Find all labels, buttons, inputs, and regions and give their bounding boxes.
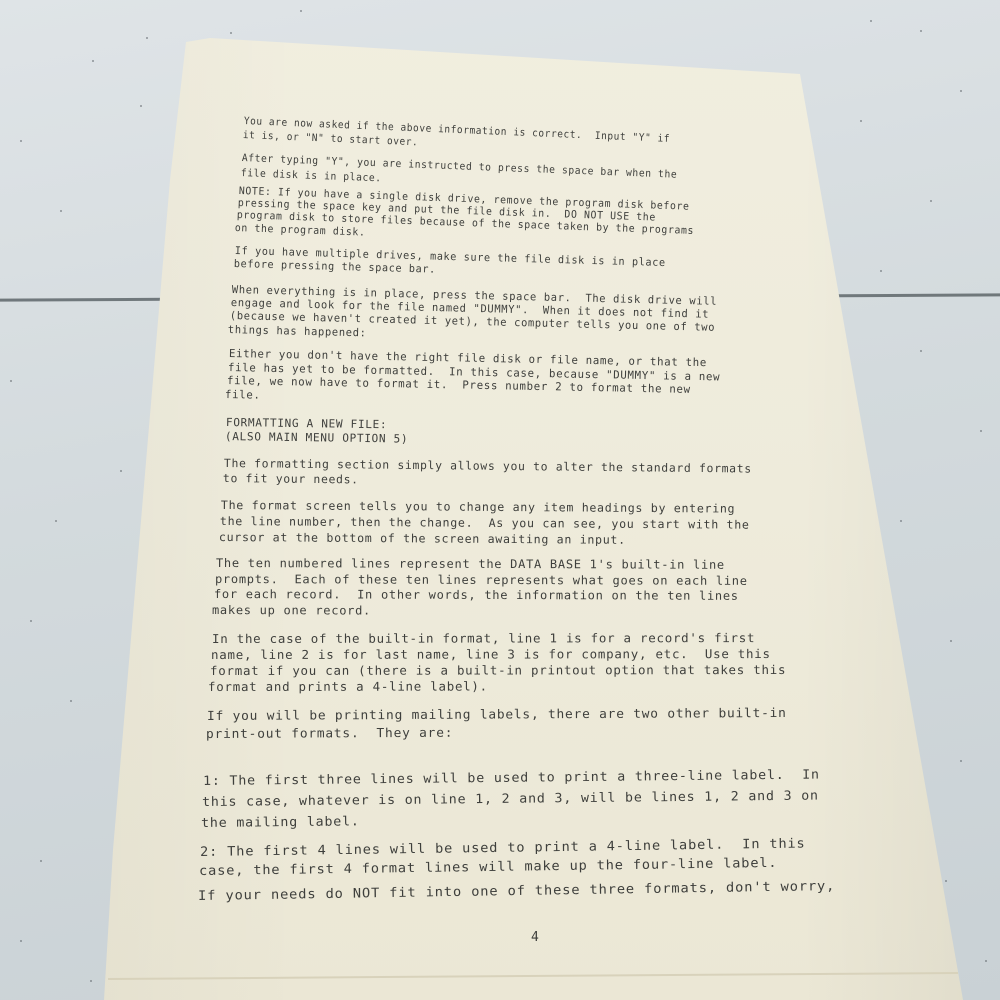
text-line: to fit your needs. (223, 473, 359, 486)
text-line: prompts. Each of these ten lines represe… (215, 574, 748, 588)
text-line: 1: The first three lines will be used to… (203, 770, 820, 789)
text-line: If you will be printing mailing labels, … (207, 707, 787, 723)
text-line: format if you can (there is a built-in p… (210, 664, 786, 677)
text-line: print-out formats. They are: (206, 727, 453, 741)
text-line: In the case of the built-in format, line… (212, 632, 755, 645)
text-line: 2: The first 4 lines will be used to pri… (200, 838, 806, 859)
text-line: The ten numbered lines represent the DAT… (216, 558, 725, 572)
text-line: cursor at the bottom of the screen await… (219, 532, 626, 546)
text-line: file. (225, 389, 261, 401)
document-page: You are now asked if the above informati… (0, 0, 1000, 1000)
text-line: things has happened: (228, 325, 367, 339)
text-line: this case, whatever is on line 1, 2 and … (202, 791, 819, 810)
text-line: FORMATTING A NEW FILE: (226, 417, 387, 430)
text-line: makes up one record. (212, 605, 371, 617)
text-line: The format screen tells you to change an… (221, 500, 735, 515)
text-line: case, the first 4 format lines will make… (199, 857, 777, 878)
text-line: (ALSO MAIN MENU OPTION 5) (225, 431, 408, 445)
text-line: If your needs do NOT fit into one of the… (198, 880, 835, 903)
text-line: the line number, then the change. As you… (220, 516, 750, 531)
text-line: the mailing label. (201, 816, 360, 830)
text-line: name, line 2 is for last name, line 3 is… (211, 648, 771, 661)
text-line: for each record. In other words, the inf… (214, 589, 739, 603)
text-line: format and prints a 4-line label). (208, 681, 488, 694)
text-line: it is, or "N" to start over. (242, 131, 418, 149)
text-line: file disk is in place. (240, 168, 381, 184)
page-number: 4 (531, 930, 539, 945)
